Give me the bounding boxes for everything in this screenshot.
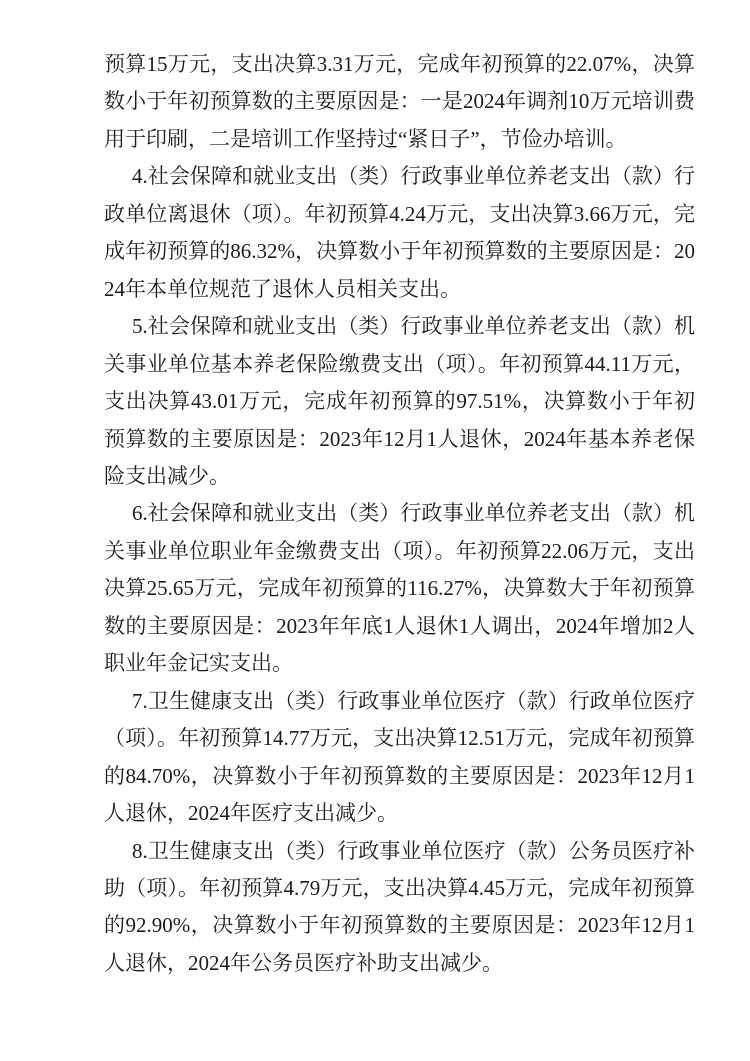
budget-item-paragraph-5: 7.卫生健康支出（类）行政事业单位医疗（款）行政单位医疗（项）。年初预算14.7… (104, 683, 695, 833)
budget-item-paragraph-3: 5.社会保障和就业支出（类）行政事业单位养老支出（款）机关事业单位基本养老保险缴… (104, 308, 695, 495)
document-body: 预算15万元，支出决算3.31万元，完成年初预算的22.07%，决算数小于年初预… (0, 0, 750, 1061)
budget-item-paragraph-4: 6.社会保障和就业支出（类）行政事业单位养老支出（款）机关事业单位职业年金缴费支… (104, 495, 695, 682)
budget-item-paragraph-6: 8.卫生健康支出（类）行政事业单位医疗（款）公务员医疗补助（项）。年初预算4.7… (104, 833, 695, 983)
budget-item-paragraph-2: 4.社会保障和就业支出（类）行政事业单位养老支出（款）行政单位离退休（项）。年初… (104, 158, 695, 308)
budget-item-paragraph-1: 预算15万元，支出决算3.31万元，完成年初预算的22.07%，决算数小于年初预… (104, 46, 695, 158)
document-page: 预算15万元，支出决算3.31万元，完成年初预算的22.07%，决算数小于年初预… (0, 0, 750, 1061)
